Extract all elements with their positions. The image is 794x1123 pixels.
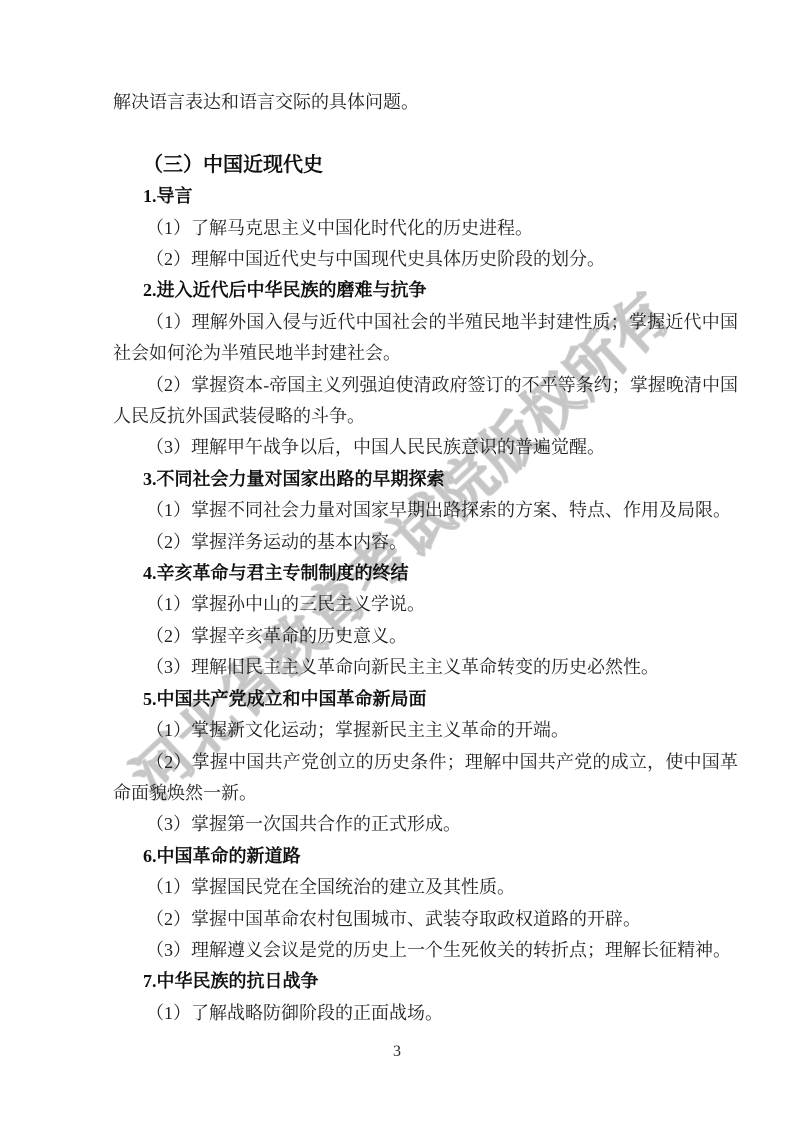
topic-heading: 6.中国革命的新道路 [113, 841, 738, 872]
syllabus-item: （3）掌握第一次国共合作的正式形成。 [113, 809, 738, 840]
text-line: 社会如何沦为半殖民地半封建社会。 [113, 338, 738, 369]
document-body: 解决语言表达和语言交际的具体问题。（三）中国近现代史1.导言（1）了解马克思主义… [113, 87, 738, 1029]
syllabus-item: （1）掌握孙中山的三民主义学说。 [113, 589, 738, 620]
blank-line [113, 118, 738, 149]
text-line: 解决语言表达和语言交际的具体问题。 [113, 87, 738, 118]
syllabus-item: （1）掌握不同社会力量对国家早期出路探索的方案、特点、作用及局限。 [113, 495, 738, 526]
topic-heading: 1.导言 [113, 181, 738, 212]
text-line: 命面貌焕然一新。 [113, 778, 738, 809]
syllabus-item: （2）掌握中国革命农村包围城市、武装夺取政权道路的开辟。 [113, 904, 738, 935]
syllabus-item: （1）掌握新文化运动；掌握新民主主义革命的开端。 [113, 715, 738, 746]
topic-heading: 2.进入近代后中华民族的磨难与抗争 [113, 275, 738, 306]
topic-heading: 5.中国共产党成立和中国革命新局面 [113, 684, 738, 715]
syllabus-item: （3）理解甲午战争以后，中国人民民族意识的普遍觉醒。 [113, 432, 738, 463]
syllabus-item: （2）掌握资本-帝国主义列强迫使清政府签订的不平等条约；掌握晚清中国 [113, 370, 738, 401]
syllabus-item: （2）掌握中国共产党创立的历史条件；理解中国共产党的成立，使中国革 [113, 747, 738, 778]
document-page: 河北省教育考试院版权所有 解决语言表达和语言交际的具体问题。（三）中国近现代史1… [0, 0, 794, 1123]
syllabus-item: （2）掌握洋务运动的基本内容。 [113, 527, 738, 558]
syllabus-item: （3）理解遵义会议是党的历史上一个生死攸关的转折点；理解长征精神。 [113, 935, 738, 966]
syllabus-item: （3）理解旧民主主义革命向新民主主义革命转变的历史必然性。 [113, 652, 738, 683]
syllabus-item: （1）理解外国入侵与近代中国社会的半殖民地半封建性质；掌握近代中国 [113, 307, 738, 338]
syllabus-item: （1）掌握国民党在全国统治的建立及其性质。 [113, 872, 738, 903]
topic-heading: 4.辛亥革命与君主专制制度的终结 [113, 558, 738, 589]
syllabus-item: （1）了解马克思主义中国化时代化的历史进程。 [113, 213, 738, 244]
text-line: 人民反抗外国武装侵略的斗争。 [113, 401, 738, 432]
topic-heading: 3.不同社会力量对国家出路的早期探索 [113, 464, 738, 495]
section-heading: （三）中国近现代史 [113, 150, 738, 181]
syllabus-item: （1）了解战略防御阶段的正面战场。 [113, 998, 738, 1029]
page-number: 3 [0, 1043, 794, 1061]
topic-heading: 7.中华民族的抗日战争 [113, 966, 738, 997]
syllabus-item: （2）理解中国近代史与中国现代史具体历史阶段的划分。 [113, 244, 738, 275]
syllabus-item: （2）掌握辛亥革命的历史意义。 [113, 621, 738, 652]
